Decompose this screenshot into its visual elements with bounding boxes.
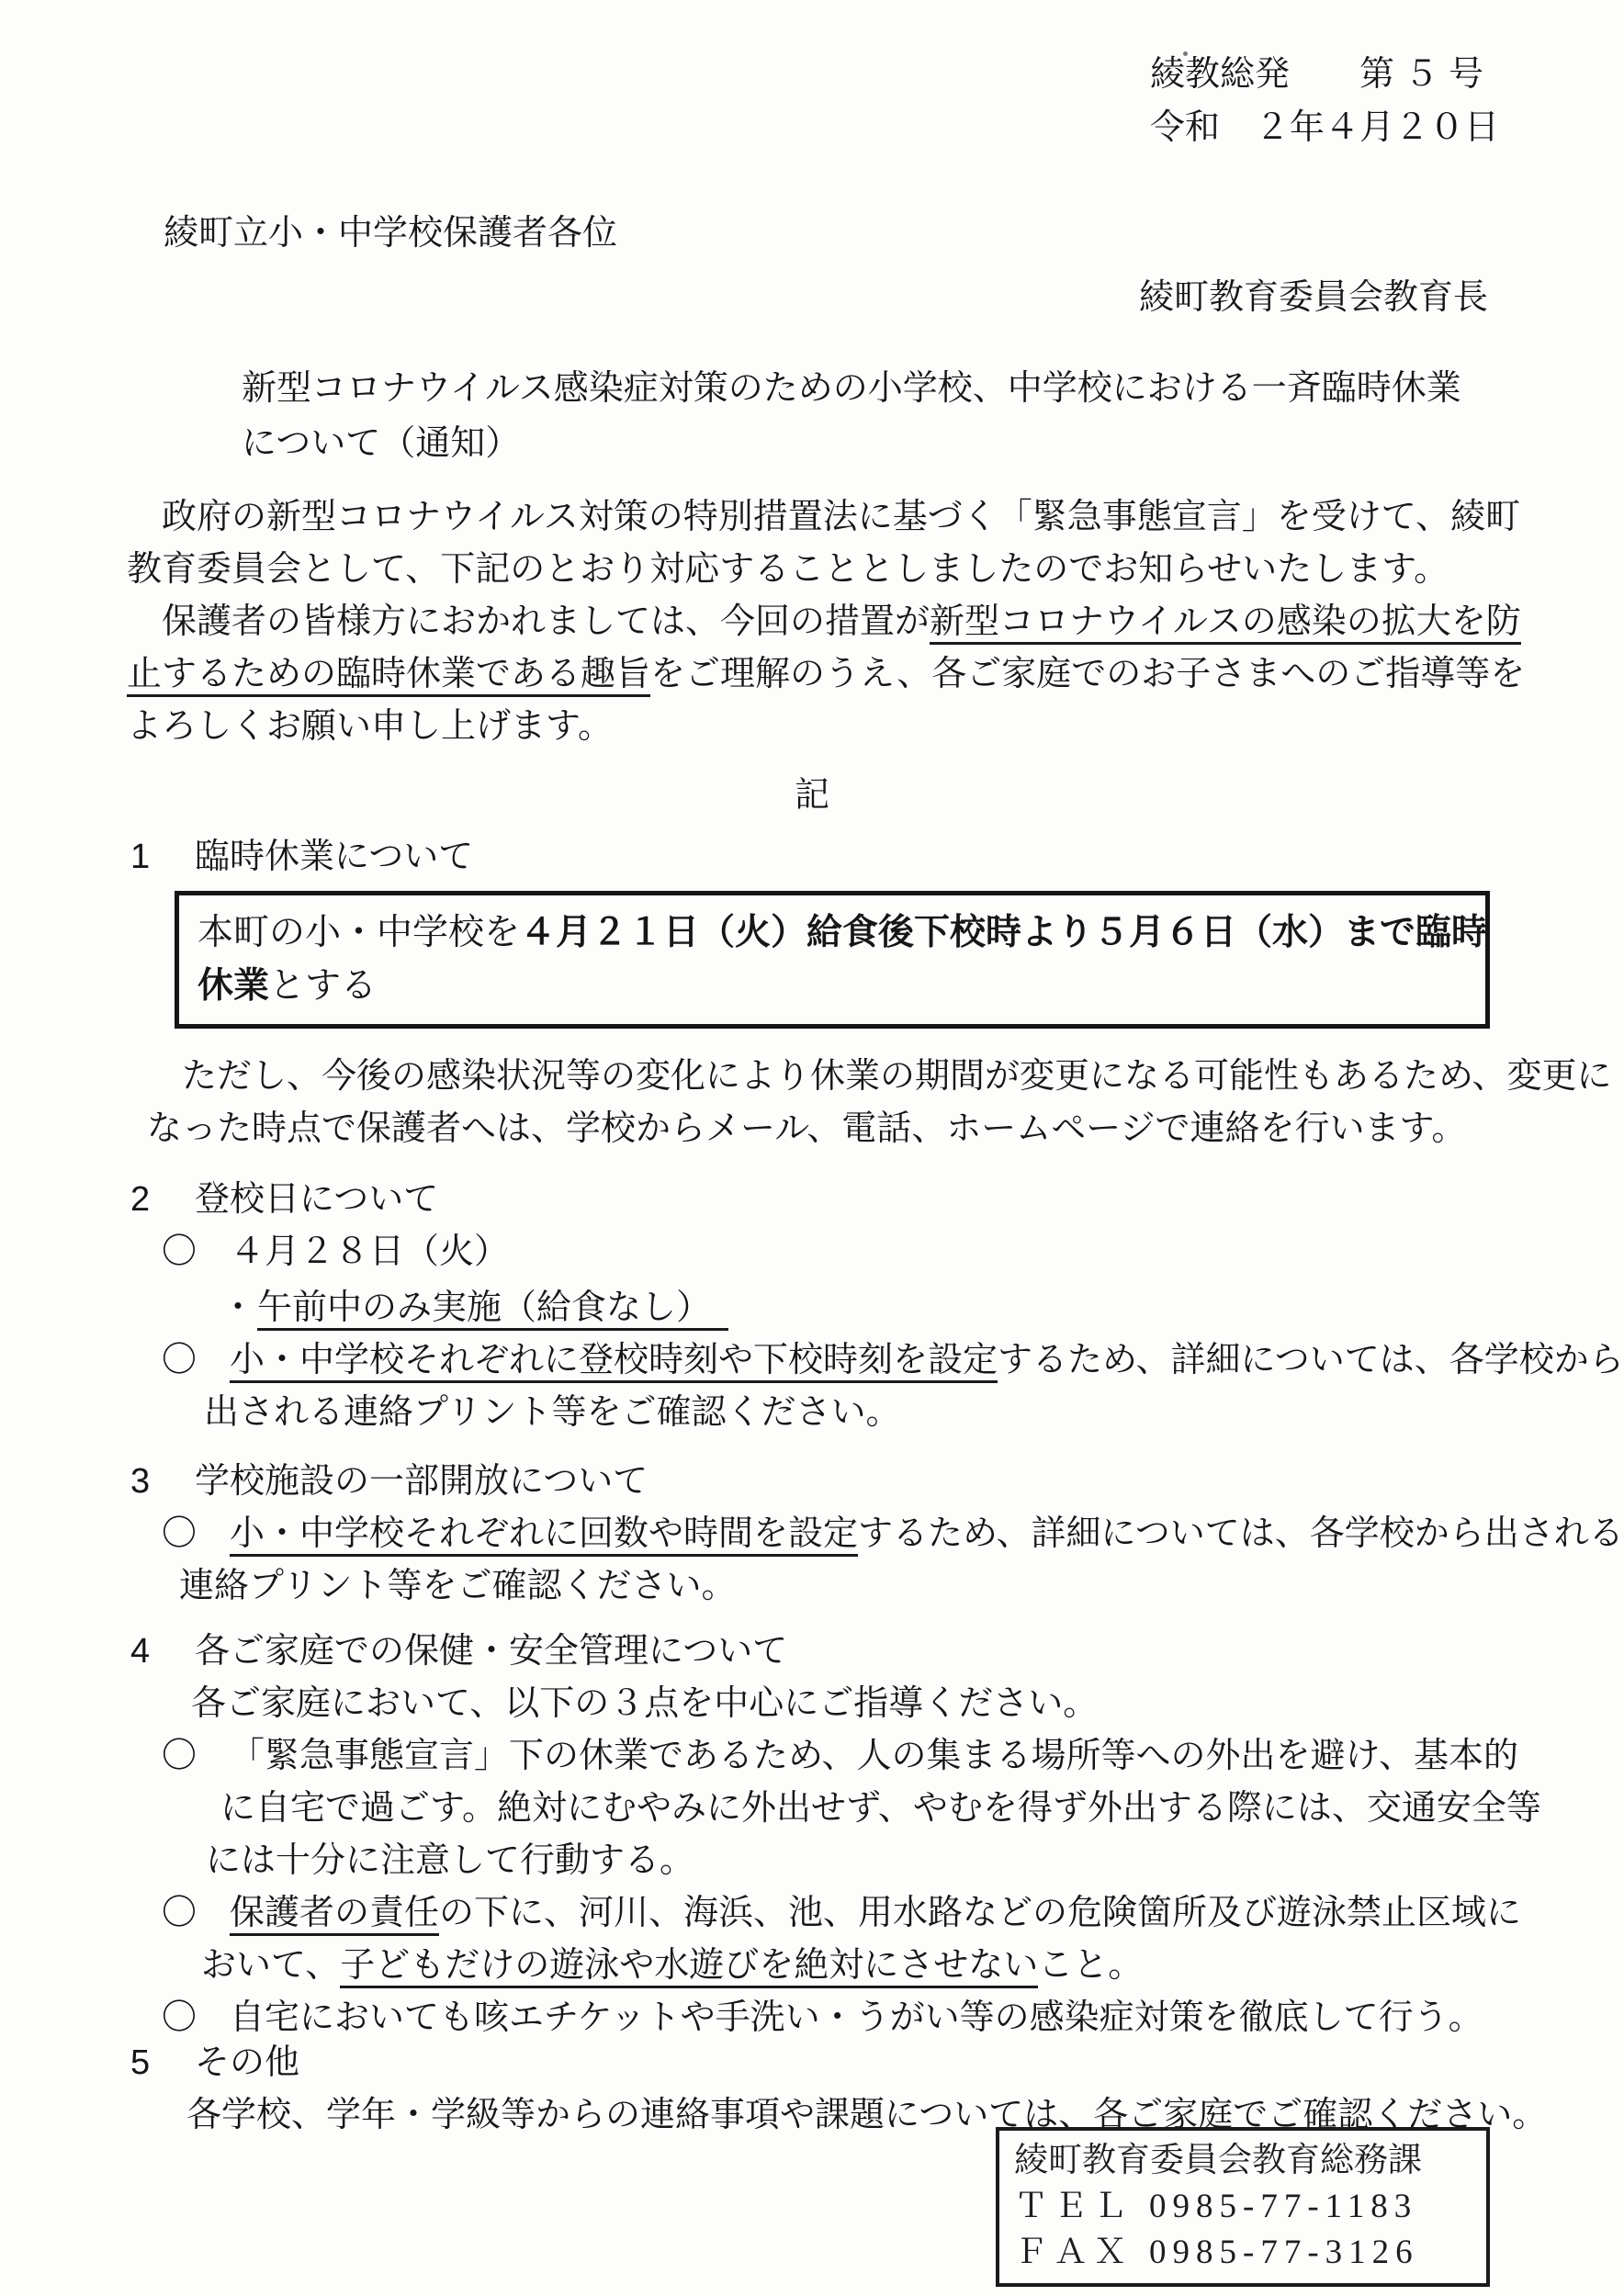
sec4-item-1-line-2: に自宅で過ごす。絶対にむやみに外出せず、やむを得ず外出する際には、交通安全等 bbox=[0, 1783, 1624, 1835]
subject-line-1: 新型コロナウイルス感染症対策のための小学校、中学校における一斉臨時休業 bbox=[242, 361, 1624, 416]
section-1-number: 1 bbox=[130, 831, 195, 884]
sec2-item-2-line-2: 出される連絡プリント等をご確認ください。 bbox=[0, 1387, 1624, 1439]
sec3-item-1-underlined: 小・中学校それぞれに回数や時間を設定 bbox=[230, 1514, 858, 1557]
sec4-intro: 各ご家庭において、以下の３点を中心にご指導ください。 bbox=[0, 1678, 1624, 1730]
sec4-item-1-line-1: 〇「緊急事態宣言」下の休業であるため、人の集まる場所等への外出を避け、基本的 bbox=[0, 1730, 1624, 1783]
section-3-heading: 3学校施設の一部開放について bbox=[0, 1456, 1624, 1508]
section-5-number: 5 bbox=[130, 2037, 195, 2089]
circle-marker: 〇 bbox=[162, 1226, 230, 1278]
fax-number: 0985-77-3126 bbox=[1149, 2234, 1419, 2271]
scan-artifact-dot bbox=[1183, 51, 1188, 56]
contact-fax: ＦＡＸ0985-77-3126 bbox=[1014, 2230, 1472, 2276]
closure-box-l1-bold: ４月２１日（火）給食後下校時より５月６日（水）まで臨時 bbox=[520, 913, 1487, 952]
sec2-sub-underlined: 午前中のみ実施（給食なし） bbox=[257, 1289, 728, 1331]
sec4-item-2-line-2: おいて、子どもだけの遊泳や水遊びを絶対にさせないこと。 bbox=[0, 1940, 1624, 1992]
section-1-heading: 1臨時休業について bbox=[0, 831, 1624, 884]
closure-box-l2-plain: とする bbox=[269, 966, 377, 1006]
sec1-note-line-1: ただし、今後の感染状況等の変化により休業の期間が変更になる可能性もあるため、変更… bbox=[147, 1051, 1624, 1103]
closure-box-l1-plain: 本町の小・中学校を bbox=[197, 913, 520, 952]
section-3-number: 3 bbox=[130, 1456, 195, 1508]
scanned-notice-page: 綾教総発 第 ５ 号 令和 ２年４月２０日 綾町立小・中学校保護者各位 綾町教育… bbox=[0, 0, 1624, 2296]
sec2-item-1: 〇４月２８日（火） bbox=[0, 1226, 1624, 1278]
tel-label: ＴＥＬ bbox=[1014, 2188, 1133, 2225]
sec3-item-1-line-2: 連絡プリント等をご確認ください。 bbox=[0, 1560, 1624, 1613]
closure-box-line-2: 休業とする bbox=[197, 960, 1485, 1013]
sec4-item-2-plain-3: こと。 bbox=[1038, 1946, 1143, 1985]
circle-marker: 〇 bbox=[162, 1334, 230, 1387]
circle-marker: 〇 bbox=[162, 1730, 230, 1783]
dot-marker: ・ bbox=[220, 1282, 257, 1334]
ki-separator: 記 bbox=[0, 770, 1624, 822]
section-2-number: 2 bbox=[130, 1174, 195, 1226]
sec4-item-1-line-3: には十分に注意して行動する。 bbox=[0, 1835, 1624, 1887]
sec4-item-2-plain-2: おいて、 bbox=[201, 1946, 340, 1985]
sec4-item-2-underlined-2: 子どもだけの遊泳や水遊びを絶対にさせない bbox=[340, 1946, 1038, 1988]
section-3-title: 学校施設の一部開放について bbox=[195, 1462, 648, 1501]
sec3-item-1-plain: するため、詳細については、各学校から出される bbox=[858, 1514, 1624, 1553]
fax-label: ＦＡＸ bbox=[1014, 2234, 1133, 2271]
sec1-note-line-2: なった時点で保護者へは、学校からメール、電話、ホームページで連絡を行います。 bbox=[147, 1103, 1624, 1155]
section-4-heading: 4各ご家庭での保健・安全管理について bbox=[0, 1626, 1624, 1678]
intro-p1-line-1: 政府の新型コロナウイルス対策の特別措置法に基づく「緊急事態宣言」を受けて、綾町 bbox=[127, 491, 1624, 544]
sec2-item-2-underlined: 小・中学校それぞれに登校時刻や下校時刻を設定 bbox=[230, 1341, 998, 1383]
sender-name: 綾町教育委員会教育長 bbox=[1139, 271, 1488, 324]
contact-dept: 綾町教育委員会教育総務課 bbox=[1014, 2138, 1472, 2184]
closure-period-box: 本町の小・中学校を４月２１日（火）給食後下校時より５月６日（水）まで臨時 休業と… bbox=[175, 891, 1490, 1029]
sec2-item-2-line-1: 〇小・中学校それぞれに登校時刻や下校時刻を設定するため、詳細については、各学校か… bbox=[0, 1334, 1624, 1387]
sec2-item-2-plain: するため、詳細については、各学校から bbox=[998, 1341, 1624, 1379]
doc-ref-number: 綾教総発 第 ５ 号 bbox=[1150, 48, 1499, 101]
contact-box: 綾町教育委員会教育総務課 ＴＥＬ0985-77-1183 ＦＡＸ0985-77-… bbox=[996, 2127, 1490, 2287]
tel-number: 0985-77-1183 bbox=[1149, 2188, 1417, 2225]
intro-paragraphs: 政府の新型コロナウイルス対策の特別措置法に基づく「緊急事態宣言」を受けて、綾町 … bbox=[0, 491, 1624, 753]
intro-p2-l2-underlined: 止するための臨時休業である趣旨 bbox=[127, 655, 650, 697]
contact-tel: ＴＥＬ0985-77-1183 bbox=[1014, 2184, 1472, 2230]
section-2-title: 登校日について bbox=[195, 1180, 438, 1219]
section-5-heading: 5その他 bbox=[0, 2037, 1624, 2089]
section-4-title: 各ご家庭での保健・安全管理について bbox=[195, 1632, 787, 1671]
circle-marker: 〇 bbox=[162, 1508, 230, 1560]
sender-block: 綾町教育委員会教育長 bbox=[1139, 271, 1488, 324]
doc-meta: 綾教総発 第 ５ 号 令和 ２年４月２０日 bbox=[1150, 48, 1499, 154]
doc-date: 令和 ２年４月２０日 bbox=[1150, 101, 1499, 154]
intro-p1-line-2: 教育委員会として、下記のとおり対応することとしましたのでお知らせいたします。 bbox=[127, 544, 1624, 596]
circle-marker: 〇 bbox=[162, 1887, 230, 1940]
section-2-heading: 2登校日について bbox=[0, 1174, 1624, 1226]
closure-box-line-1: 本町の小・中学校を４月２１日（火）給食後下校時より５月６日（水）まで臨時 bbox=[197, 906, 1485, 960]
intro-p2-l1-underlined: 新型コロナウイルスの感染の拡大を防 bbox=[930, 602, 1521, 645]
sec4-item-2-line-1: 〇保護者の責任の下に、河川、海浜、池、用水路などの危険箇所及び遊泳禁止区域に bbox=[0, 1887, 1624, 1940]
addressee: 綾町立小・中学校保護者各位 bbox=[0, 208, 1624, 260]
sec1-note: ただし、今後の感染状況等の変化により休業の期間が変更になる可能性もあるため、変更… bbox=[0, 1051, 1624, 1155]
intro-p2-l1-plain: 保護者の皆様方におかれましては、今回の措置が bbox=[127, 602, 930, 641]
section-4-number: 4 bbox=[130, 1626, 195, 1678]
sec4-item-3-text: 自宅においても咳エチケットや手洗い・うがい等の感染症対策を徹底して行う。 bbox=[230, 1998, 1483, 2037]
sec2-item-1-text: ４月２８日（火） bbox=[230, 1232, 509, 1271]
section-1-title: 臨時休業について bbox=[195, 838, 473, 876]
intro-p2-line-3: よろしくお願い申し上げます。 bbox=[127, 701, 1624, 753]
subject-title: 新型コロナウイルス感染症対策のための小学校、中学校における一斉臨時休業 について… bbox=[0, 361, 1624, 471]
sec4-item-1-text-1: 「緊急事態宣言」下の休業であるため、人の集まる場所等への外出を避け、基本的 bbox=[230, 1737, 1518, 1775]
intro-p2-line-1: 保護者の皆様方におかれましては、今回の措置が新型コロナウイルスの感染の拡大を防 bbox=[127, 596, 1624, 648]
sec2-item-1-sub: ・午前中のみ実施（給食なし） bbox=[0, 1282, 1624, 1334]
sec4-item-2-underlined-1: 保護者の責任 bbox=[230, 1894, 439, 1936]
intro-p2-line-2: 止するための臨時休業である趣旨をご理解のうえ、各ご家庭でのお子さまへのご指導等を bbox=[127, 648, 1624, 701]
sec3-item-1-line-1: 〇小・中学校それぞれに回数や時間を設定するため、詳細については、各学校から出され… bbox=[0, 1508, 1624, 1560]
sec4-item-2-plain-1: の下に、河川、海浜、池、用水路などの危険箇所及び遊泳禁止区域に bbox=[439, 1894, 1521, 1932]
subject-line-2: について（通知） bbox=[242, 416, 1624, 471]
closure-box-l2-bold: 休業 bbox=[197, 966, 269, 1006]
section-5-title: その他 bbox=[195, 2043, 299, 2082]
intro-p2-l2-plain: をご理解のうえ、各ご家庭でのお子さまへのご指導等を bbox=[650, 655, 1525, 693]
